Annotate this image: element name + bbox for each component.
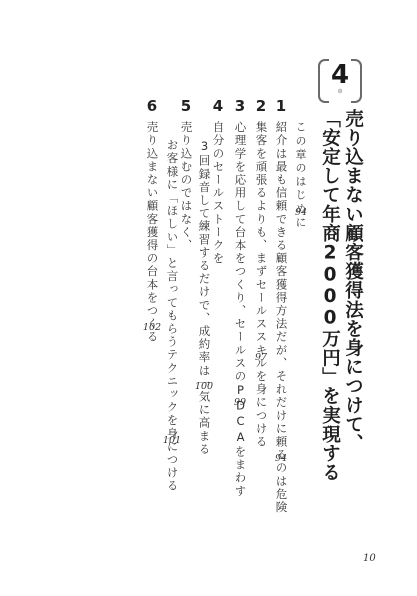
toc-entry-6-page: 102 xyxy=(137,323,167,333)
toc-entry-3-number: 3 xyxy=(232,99,248,114)
toc-entry-4-title-line-1[interactable]: 自分のセールストークを xyxy=(212,121,224,265)
toc-entry-4-number: 4 xyxy=(210,99,226,114)
toc-entry-2-title[interactable]: 集客を頑張るよりも、まずセールススキルを身につける xyxy=(255,121,267,449)
toc-entry-2-page: 97 xyxy=(246,353,276,363)
toc-entry-3-page: 99 xyxy=(225,398,255,408)
chapter-title-line-2: 「安定して年商2000万円」を実現する xyxy=(320,109,339,482)
chapter-label: 章 xyxy=(318,90,362,95)
page-number: 10 xyxy=(363,553,376,564)
toc-entry-1-page: 94 xyxy=(266,454,296,464)
chapter-title-line-1: 売り込まない顧客獲得法を身につけて、 xyxy=(343,109,362,453)
chapter-number: 4 xyxy=(318,62,362,88)
toc-entry-4-page: 100 xyxy=(189,382,219,392)
toc-entry-4-title-line-2[interactable]: 3回録音して練習するだけで、成約率は一気に高まる xyxy=(198,139,210,456)
toc-entry-6-number: 6 xyxy=(144,99,160,114)
toc-entry-5-title-line-1[interactable]: 売り込むのではなく、 xyxy=(180,121,192,252)
toc-entry-3-title[interactable]: 心理学を応用して台本をつくり、セールスのPDCAをまわす xyxy=(234,121,246,498)
toc-entry-5-number: 5 xyxy=(178,99,194,114)
book-page: 4 章 売り込まない顧客獲得法を身につけて、 「安定して年商2000万円」を実現… xyxy=(0,0,417,596)
toc-entry-1-number: 1 xyxy=(273,99,289,114)
toc-intro-page: 94 xyxy=(286,208,316,218)
toc-entry-2-number: 2 xyxy=(253,99,269,114)
chapter-badge: 4 章 xyxy=(318,59,362,101)
toc-entry-6-title[interactable]: 売り込まない顧客獲得の台本をつくる xyxy=(146,121,158,344)
toc-entry-5-page: 101 xyxy=(157,436,187,446)
